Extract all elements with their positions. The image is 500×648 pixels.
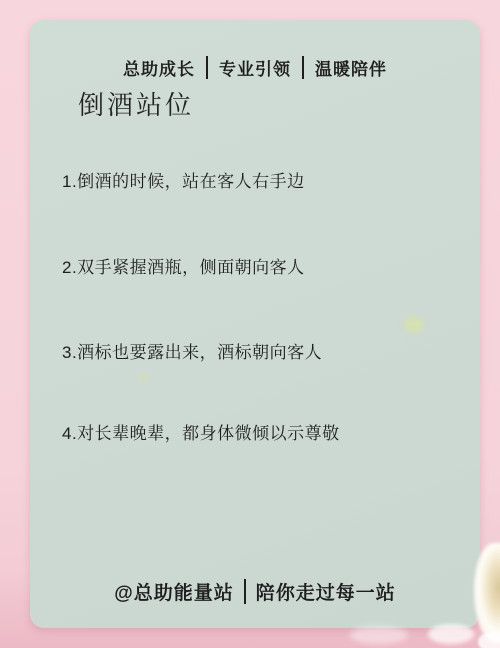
- green-speck-decoration: [404, 317, 424, 333]
- petal-decoration: [350, 626, 408, 644]
- footer-credit: @总助能量站 陪你走过每一站: [30, 578, 480, 605]
- tagline-part-warmth: 温暖陪伴: [315, 55, 387, 80]
- poster-background: 总助成长 专业引领 温暖陪伴 倒酒站位 1.倒酒的时候，站在客人右手边 2.双手…: [0, 0, 500, 648]
- footer-slogan: 陪你走过每一站: [256, 578, 396, 605]
- petal-decoration: [428, 624, 474, 644]
- footer-handle: @总助能量站: [114, 578, 234, 605]
- separator-bar: [244, 579, 246, 604]
- list-item: 4.对长辈晚辈，都身体微倾以示尊敬: [62, 419, 340, 444]
- separator-bar: [206, 56, 208, 79]
- green-speck-decoration: [138, 374, 149, 383]
- page-title: 倒酒站位: [78, 85, 194, 122]
- tagline-part-guidance: 专业引领: [219, 55, 291, 80]
- tagline-part-growth: 总助成长: [123, 55, 195, 80]
- separator-bar: [302, 56, 304, 79]
- list-item: 3.酒标也要露出来，酒标朝向客人: [62, 338, 322, 363]
- content-card: 总助成长 专业引领 温暖陪伴 倒酒站位 1.倒酒的时候，站在客人右手边 2.双手…: [30, 20, 480, 628]
- header-tagline: 总助成长 专业引领 温暖陪伴: [30, 55, 480, 80]
- list-item: 2.双手紧握酒瓶，侧面朝向客人: [62, 253, 305, 278]
- list-item: 1.倒酒的时候，站在客人右手边: [62, 167, 305, 192]
- petal-decoration: [478, 632, 500, 648]
